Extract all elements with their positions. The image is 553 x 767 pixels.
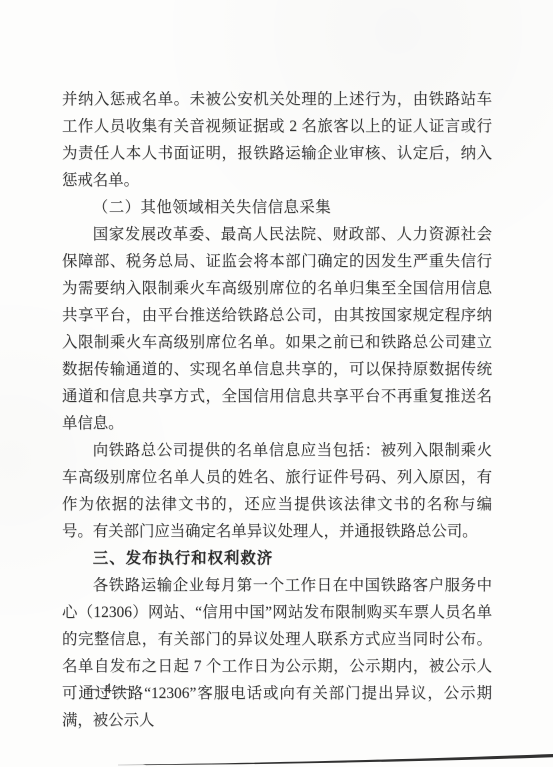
document-page: 并纳入惩戒名单。未被公安机关处理的上述行为，由铁路站车工作人员收集有关音视频证据…: [0, 0, 553, 767]
paragraph-info-collection: 国家发展改革委、最高人民法院、财政部、人力资源社会保障部、税务总局、证监会将本部…: [62, 221, 492, 437]
document-body: 并纳入惩戒名单。未被公安机关处理的上述行为，由铁路站车工作人员收集有关音视频证据…: [62, 86, 492, 734]
section-heading-publication-and-remedy: 三、发布执行和权利救济: [62, 545, 492, 572]
page-number: — 4 —: [84, 681, 133, 698]
paragraph-list-contents: 向铁路总公司提供的名单信息应当包括：被列入限制乘火车高级别席位名单人员的姓名、旅…: [62, 437, 492, 545]
subsection-heading-other-fields: （二）其他领域相关失信信息采集: [62, 194, 492, 221]
paragraph-continuation: 并纳入惩戒名单。未被公安机关处理的上述行为，由铁路站车工作人员收集有关音视频证据…: [62, 86, 492, 194]
paragraph-publication-procedure: 各铁路运输企业每月第一个工作日在中国铁路客户服务中心（12306）网站、“信用中…: [62, 572, 492, 734]
